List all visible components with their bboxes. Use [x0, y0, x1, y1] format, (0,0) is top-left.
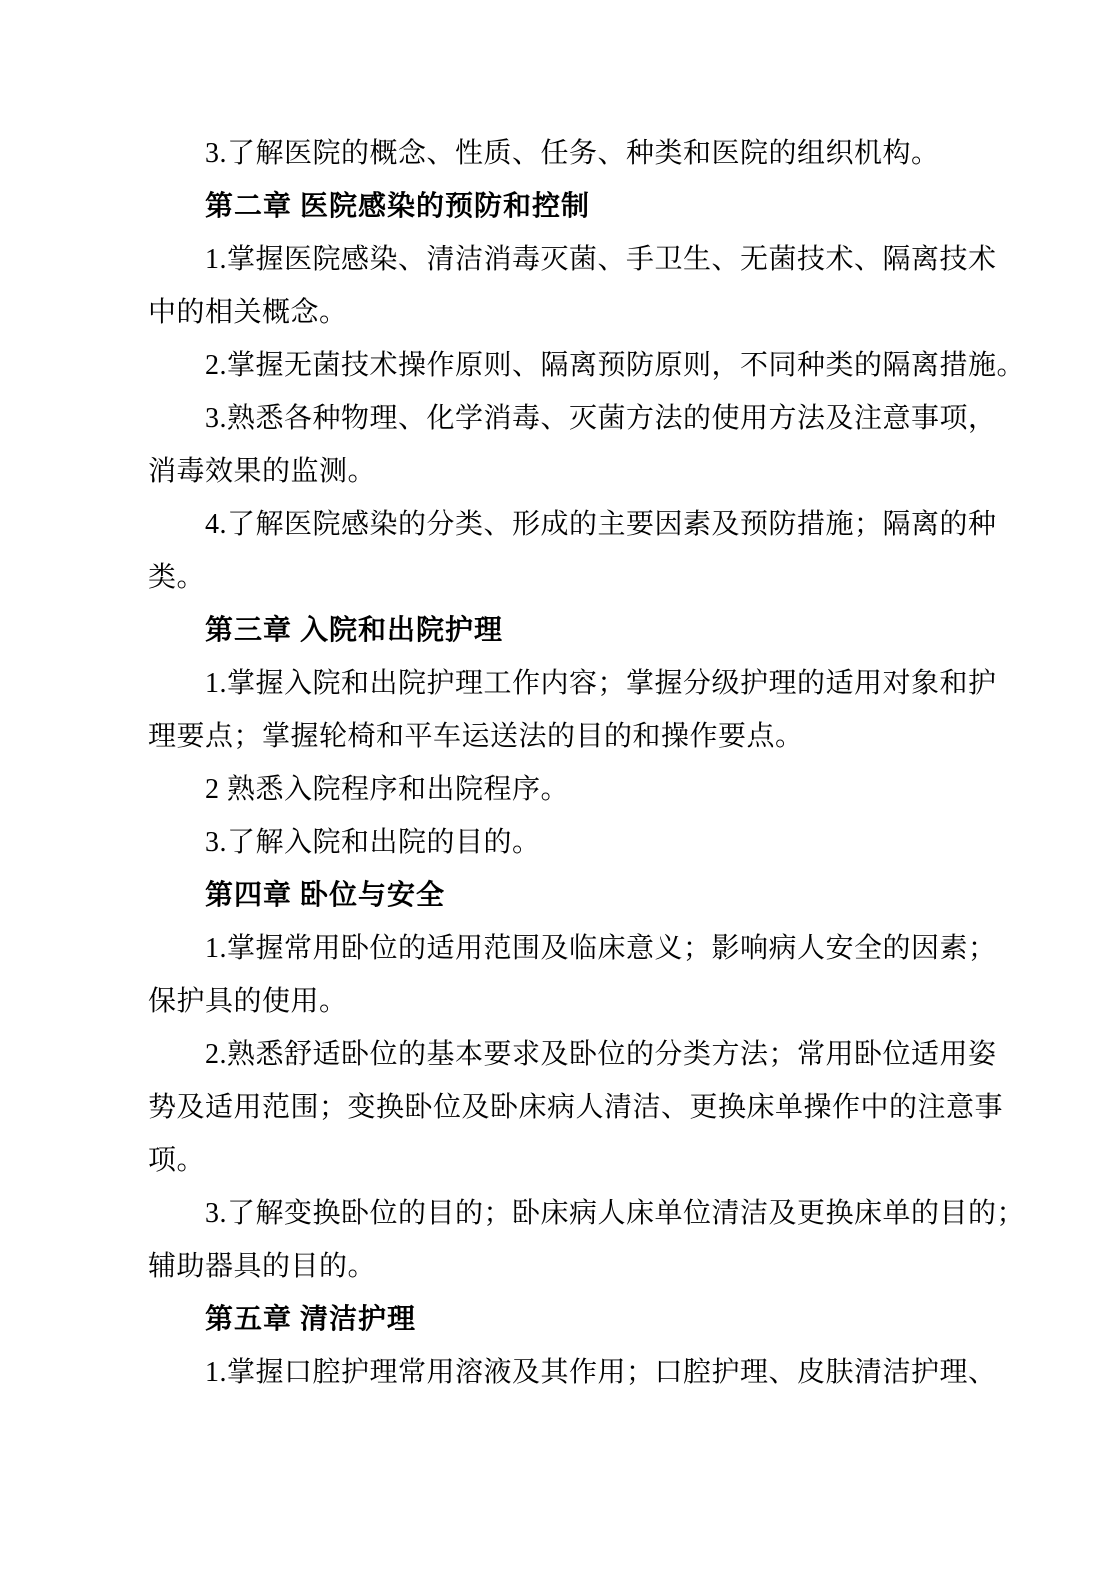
document-page: 3.了解医院的概念、性质、任务、种类和医院的组织机构。 第二章 医院感染的预防和… [0, 0, 1102, 1570]
text-line: 3.熟悉各种物理、化学消毒、灭菌方法的使用方法及注意事项， [148, 392, 960, 445]
text-line: 2 熟悉入院程序和出院程序。 [148, 763, 960, 816]
text-line: 4.了解医院感染的分类、形成的主要因素及预防措施；隔离的种 [148, 498, 960, 551]
text-line: 1.掌握医院感染、清洁消毒灭菌、手卫生、无菌技术、隔离技术 [148, 233, 960, 286]
chapter-heading-4: 第四章 卧位与安全 [148, 869, 960, 922]
chapter-heading-2: 第二章 医院感染的预防和控制 [148, 180, 960, 233]
text-line: 理要点；掌握轮椅和平车运送法的目的和操作要点。 [148, 710, 960, 763]
text-line: 中的相关概念。 [148, 286, 960, 339]
text-line: 3.了解入院和出院的目的。 [148, 816, 960, 869]
chapter-heading-5: 第五章 清洁护理 [148, 1293, 960, 1346]
text-line: 2.熟悉舒适卧位的基本要求及卧位的分类方法；常用卧位适用姿 [148, 1028, 960, 1081]
chapter-heading-3: 第三章 入院和出院护理 [148, 604, 960, 657]
text-line: 消毒效果的监测。 [148, 445, 960, 498]
text-line: 势及适用范围；变换卧位及卧床病人清洁、更换床单操作中的注意事 [148, 1081, 960, 1134]
text-line: 项。 [148, 1134, 960, 1187]
text-line: 1.掌握常用卧位的适用范围及临床意义；影响病人安全的因素； [148, 922, 960, 975]
text-line: 2.掌握无菌技术操作原则、隔离预防原则，不同种类的隔离措施。 [148, 339, 960, 392]
document-content: 3.了解医院的概念、性质、任务、种类和医院的组织机构。 第二章 医院感染的预防和… [148, 127, 960, 1399]
text-line: 保护具的使用。 [148, 975, 960, 1028]
text-line: 1.掌握口腔护理常用溶液及其作用；口腔护理、皮肤清洁护理、 [148, 1346, 960, 1399]
text-line: 1.掌握入院和出院护理工作内容；掌握分级护理的适用对象和护 [148, 657, 960, 710]
text-line: 3.了解医院的概念、性质、任务、种类和医院的组织机构。 [148, 127, 960, 180]
text-line: 辅助器具的目的。 [148, 1240, 960, 1293]
text-line: 类。 [148, 551, 960, 604]
text-line: 3.了解变换卧位的目的；卧床病人床单位清洁及更换床单的目的； [148, 1187, 960, 1240]
